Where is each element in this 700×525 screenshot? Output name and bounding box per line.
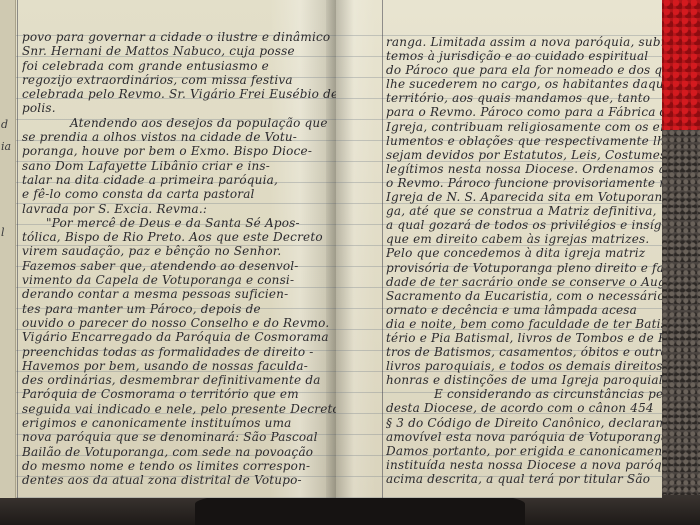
left-page-text: povo para governar a cidade o ilustre e … xyxy=(22,30,336,488)
text-line: tes para manter um Pároco, depois de xyxy=(22,302,336,316)
text-line: ga, até que se construa a Matriz definit… xyxy=(386,204,662,218)
text-line: Fazemos saber que, atendendo ao desenvol… xyxy=(22,259,336,273)
text-line: e fê-lo como consta da carta pastoral xyxy=(22,187,336,201)
text-line: tólica, Bispo de Rio Preto. Aos que este… xyxy=(22,230,336,244)
text-line: celebrada pelo Revmo. Sr. Vigário Frei E… xyxy=(22,87,336,101)
text-line: Bailão de Votuporanga, com sede na povoa… xyxy=(22,445,336,459)
text-line: Havemos por bem, usando de nossas faculd… xyxy=(22,359,336,373)
text-line: para o Revmo. Pároco como para a Fábrica… xyxy=(386,105,662,119)
text-line: acima descrita, a qual terá por titular … xyxy=(386,472,662,486)
text-line: a qual gozará de todos os privilégios e … xyxy=(386,218,662,232)
text-line: legítimos nesta nossa Diocese. Ordenamos… xyxy=(386,162,662,176)
text-line: "Por mercê de Deus e da Santa Sé Apos- xyxy=(22,216,336,230)
photo-scene: d ia l povo para governar a cidade o ilu… xyxy=(0,0,700,525)
text-line: vimento da Capela de Votuporanga e consi… xyxy=(22,273,336,287)
left-page: d ia l povo para governar a cidade o ilu… xyxy=(0,0,336,498)
text-line: livros paroquiais, e todos os demais dir… xyxy=(386,359,662,373)
text-line: do mesmo nome e tendo os limites corresp… xyxy=(22,459,336,473)
text-line: Sacramento da Eucaristia, com o necessár… xyxy=(386,289,662,303)
text-line: erigimos e canonicamente instituímos uma xyxy=(22,416,336,430)
right-margin-line xyxy=(382,0,383,498)
text-line: Paróquia de Cosmorama o território que e… xyxy=(22,387,336,401)
text-line: § 3 do Código de Direito Canônico, decla… xyxy=(386,416,662,430)
text-line: dia e noite, bem como faculdade de ter B… xyxy=(386,317,662,331)
margin-fragment: d xyxy=(1,118,8,131)
margin-fragment: l xyxy=(1,226,5,239)
left-margin-line xyxy=(17,0,18,498)
text-line: do Pároco que para ela for nomeado e dos… xyxy=(386,63,662,77)
text-line: virem saudação, paz e bênção no Senhor. xyxy=(22,244,336,258)
text-line: desta Diocese, de acordo com o cânon 454 xyxy=(386,401,662,415)
text-line: E considerando as circunstâncias peculia… xyxy=(386,387,662,401)
text-line: Damos portanto, por erigida e canonicame… xyxy=(386,444,662,458)
right-page-text: ranga. Limitada assim a nova paróquia, s… xyxy=(386,35,662,486)
text-line: lavrada por S. Excia. Revma.: xyxy=(22,202,336,216)
text-line: seguida vai indicado e nele, pelo presen… xyxy=(22,402,336,416)
text-line: honras e distinções de uma Igreja paroqu… xyxy=(386,373,662,387)
text-line: talar na dita cidade a primeira paróquia… xyxy=(22,173,336,187)
text-line: poranga, houve por bem o Exmo. Bispo Dio… xyxy=(22,144,336,158)
text-line: foi celebrada com grande entusiasmo e xyxy=(22,59,336,73)
margin-fragment: ia xyxy=(1,140,11,153)
text-line: território, aos quais mandamos que, tant… xyxy=(386,91,662,105)
text-line: o Revmo. Pároco funcione provisoriamente… xyxy=(386,176,662,190)
text-line: Atendendo aos desejos da população que xyxy=(22,116,336,130)
text-line: Igreja, contribuam religiosamente com os… xyxy=(386,120,662,134)
text-line: nova paróquia que se denominará: São Pas… xyxy=(22,430,336,444)
text-line: lhe sucederem no cargo, os habitantes da… xyxy=(386,77,662,91)
text-line: sejam devidos por Estatutos, Leis, Costu… xyxy=(386,148,662,162)
previous-page-edge: d ia l xyxy=(0,0,16,498)
text-line: Snr. Hernani de Mattos Nabuco, cuja poss… xyxy=(22,44,336,58)
text-line: lumentos e oblações que respectivamente … xyxy=(386,134,662,148)
text-line: tros de Batismos, casamentos, óbitos e o… xyxy=(386,345,662,359)
text-line: des ordinárias, desmembrar definitivamen… xyxy=(22,373,336,387)
text-line: dentes aos da atual zona distrital de Vo… xyxy=(22,473,336,487)
book-gutter-shadow xyxy=(326,0,336,498)
text-line: povo para governar a cidade o ilustre e … xyxy=(22,30,336,44)
text-line: Pelo que concedemos à dita igreja matriz xyxy=(386,246,662,260)
text-line: sano Dom Lafayette Libânio criar e ins- xyxy=(22,159,336,173)
right-page: ranga. Limitada assim a nova paróquia, s… xyxy=(336,0,662,498)
text-line: Vigário Encarregado da Paróquia de Cosmo… xyxy=(22,330,336,344)
text-line: temos à jurisdição e ao cuidado espiritu… xyxy=(386,49,662,63)
text-line: Igreja de N. S. Aparecida sita em Votupo… xyxy=(386,190,662,204)
text-line: se prendia a olhos vistos na cidade de V… xyxy=(22,130,336,144)
text-line: derando contar a mesma pessoas suficien- xyxy=(22,287,336,301)
text-line: preenchidas todas as formalidades de dir… xyxy=(22,345,336,359)
text-line: provisória de Votuporanga pleno direito … xyxy=(386,261,662,275)
text-line: instituída nesta nossa Diocese a nova pa… xyxy=(386,458,662,472)
text-line: regozijo extraordinários, com missa fest… xyxy=(22,73,336,87)
text-line: amovível esta nova paróquia de Votuporan… xyxy=(386,430,662,444)
text-line: ouvido o parecer do nosso Conselho e do … xyxy=(22,316,336,330)
text-line: que em direito cabem às igrejas matrizes… xyxy=(386,232,662,246)
text-line: dade de ter sacrário onde se conserve o … xyxy=(386,275,662,289)
text-line: polis. xyxy=(22,101,336,115)
text-line: ranga. Limitada assim a nova paróquia, s… xyxy=(386,35,662,49)
text-line: tério e Pia Batismal, livros de Tombos e… xyxy=(386,331,662,345)
text-line: ornato e decência e uma lâmpada acesa xyxy=(386,303,662,317)
